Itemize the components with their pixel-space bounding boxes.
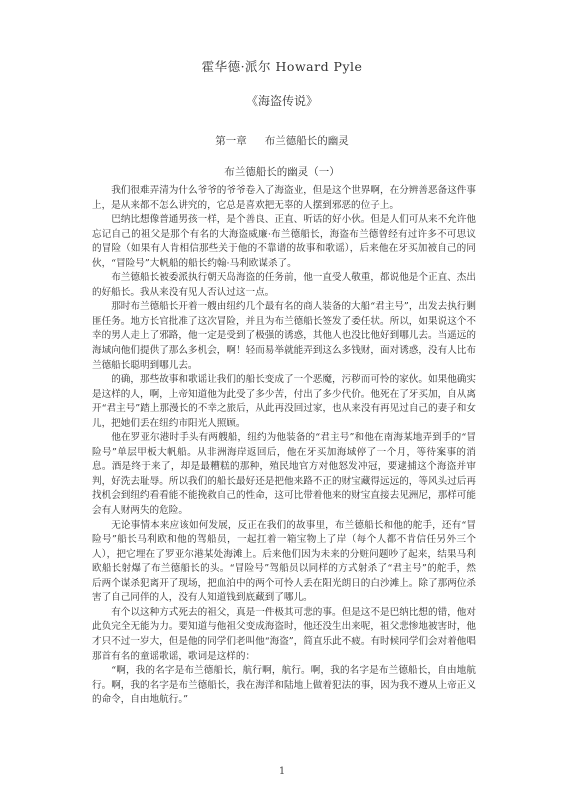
paragraph: 无论事情本来应该如何发展，反正在我们的故事里，布兰德船长和他的舵手，还有“冒险号… bbox=[92, 519, 476, 606]
author-line: 霍华德·派尔 Howard Pyle bbox=[0, 57, 564, 75]
paragraph: 我们很难弄清为什么爷爷的爷爷卷入了海盗业，但是这个世界啊，在分辨善恶备这件事上，… bbox=[92, 184, 476, 213]
paragraph: 巴纳比想像普通男孩一样，是个善良、正直、听话的好小伙。但是人们可从来不允许他忘记… bbox=[92, 213, 476, 271]
document-page: 霍华德·派尔 Howard Pyle 《海盗传说》 第一章布兰德船长的幽灵 布兰… bbox=[0, 0, 564, 800]
chapter-title: 布兰德船长的幽灵 bbox=[265, 135, 349, 147]
paragraph: 的确，那些故事和歌谣让我们的船长变成了一个恶魔，污秽而可怜的家伙。如果他确实是这… bbox=[92, 373, 476, 431]
chapter-number: 第一章 bbox=[215, 135, 247, 147]
section-title: 布兰德船长的幽灵（一） bbox=[0, 164, 564, 179]
book-title: 《海盗传说》 bbox=[0, 92, 564, 109]
paragraph: 那时布兰德船长开着一艘由纽约几个最有名的商人装备的大船“君主号”，出发去执行剿匪… bbox=[92, 300, 476, 373]
body-text: 我们很难弄清为什么爷爷的爷爷卷入了海盗业，但是这个世界啊，在分辨善恶备这件事上，… bbox=[92, 184, 476, 708]
paragraph: 他在罗亚尔港时手头有两艘船，纽约为他装备的“君主号”和他在南海某地弄到手的“冒险… bbox=[92, 431, 476, 518]
page-number: 1 bbox=[0, 766, 564, 777]
paragraph: “啊，我的名字是布兰德船长，航行啊，航行。啊，我的名字是布兰德船长，自由地航行。… bbox=[92, 664, 476, 708]
paragraph: 布兰德船长被委派执行朝天岛海盗的任务前，他一直受人敬重，都说他是个正直、杰出的好… bbox=[92, 271, 476, 300]
paragraph: 有个以这种方式死去的祖父，真是一件极其可悲的事。但是这不是巴纳比想的错，他对此负… bbox=[92, 606, 476, 664]
chapter-heading: 第一章布兰德船长的幽灵 bbox=[0, 133, 564, 148]
